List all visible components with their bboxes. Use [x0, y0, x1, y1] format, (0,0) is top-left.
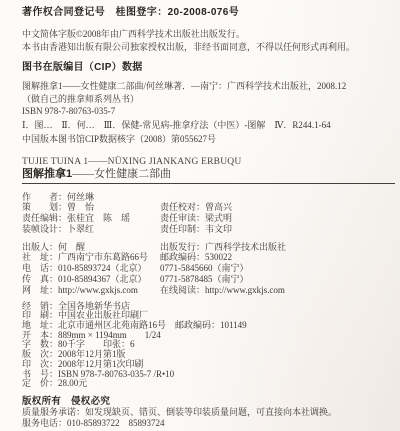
cip-entry: 图解推拿1——女性健康二部曲/何丝琳著．—南宁：广西科学技术出版社，2008.1… — [22, 80, 396, 118]
publisher-right: 0771-5845660（南宁） — [160, 263, 396, 274]
publisher-row: 电 话：010-85893724（北京） 0771-5845660（南宁） — [22, 263, 396, 274]
publisher-left: 出版人：何 醒 — [22, 242, 160, 253]
cip-series-line: （做自己的推拿师系列丛书） — [22, 93, 396, 106]
license-line: 本书由香港知出版有限公司独家授权出版，非经书面同意，不得以任何形式再利用。 — [22, 41, 396, 54]
staff-right — [160, 192, 396, 203]
cip-classification: Ⅰ．图… Ⅱ．何… Ⅲ．保健-常见病-推拿疗法（中医）-图解 Ⅳ．R244.1-… — [22, 120, 396, 132]
staff-left: 装帧设计：卜翠红 — [22, 224, 160, 235]
chinese-title: 图解推拿1——女性健康二部曲 — [22, 168, 396, 181]
registration-line: 著作权合同登记号 桂图登字：20-2008-076号 — [22, 6, 396, 19]
license-block: 中文简体字版©2008年由广西科学技术出版社出版发行。 本书由香港知出版有限公司… — [22, 28, 396, 53]
publisher-block: 出版人：何 醒 出版发行：广西科学技术出版社 社 址：广西南宁市东葛路66号 邮… — [22, 242, 396, 296]
staff-left: 责任编辑：张桂宜 陈 瑶 — [22, 213, 160, 224]
staff-block: 作 者：何丝琳 策 划：曾 怡 责任校对：曾高兴 责任编辑：张桂宜 陈 瑶 责任… — [22, 192, 396, 235]
footer-block: 版权所有 侵权必究 质量服务承诺：如发现缺页、错页、倒装等印装质量问题，可直接向… — [22, 396, 396, 429]
publisher-row: 社 址：广西南宁市东葛路66号 邮政编码：530022 — [22, 252, 396, 263]
publisher-right: 邮政编码：530022 — [160, 252, 396, 263]
rights-notice: 版权所有 侵权必究 — [22, 396, 396, 407]
publisher-row: 传 真：010-85894367（北京） 0771-5878485（南宁） — [22, 274, 396, 285]
cip-record-number: 中国版本图书馆CIP数据核字（2008）第055627号 — [22, 134, 396, 146]
publisher-left: 社 址：广西南宁市东葛路66号 — [22, 252, 160, 263]
pinyin-title: TUJIE TUINA 1——NÜXING JIANKANG ERBUQU — [22, 157, 396, 169]
staff-row: 装帧设计：卜翠红 责任印制：韦文印 — [22, 224, 396, 235]
publisher-left: 电 话：010-85893724（北京） — [22, 263, 160, 274]
copyright-page: 著作权合同登记号 桂图登字：20-2008-076号 中文简体字版©2008年由… — [0, 0, 400, 431]
cip-isbn: ISBN 978-7-80763-035-7 — [22, 105, 396, 118]
staff-right: 责任审读：梁式明 — [160, 213, 396, 224]
staff-right: 责任印制：韦文印 — [160, 224, 396, 235]
staff-right: 责任校对：曾高兴 — [160, 202, 396, 213]
chinese-title-rest: ——女性健康二部曲 — [72, 168, 171, 180]
cip-heading: 图书在版编目（CIP）数据 — [22, 62, 396, 74]
publisher-row: 网 址：http://www.gxkjs.com 在线阅读：http://www… — [22, 285, 396, 296]
printing-row: 定 价：28.00元 — [22, 379, 396, 389]
staff-row: 策 划：曾 怡 责任校对：曾高兴 — [22, 202, 396, 213]
publisher-row: 出版人：何 醒 出版发行：广西科学技术出版社 — [22, 242, 396, 253]
publisher-right: 在线阅读：http://www.gxkjs.com — [160, 285, 396, 296]
publisher-right: 出版发行：广西科学技术出版社 — [160, 242, 396, 253]
staff-row: 作 者：何丝琳 — [22, 192, 396, 203]
staff-row: 责任编辑：张桂宜 陈 瑶 责任审读：梁式明 — [22, 213, 396, 224]
publisher-left: 网 址：http://www.gxkjs.com — [22, 285, 160, 296]
publisher-right: 0771-5878485（南宁） — [160, 274, 396, 285]
title-block: TUJIE TUINA 1——NÜXING JIANKANG ERBUQU 图解… — [22, 157, 396, 184]
service-phone: 服务电话：010-85893722 85893724 — [22, 418, 396, 429]
quality-promise: 质量服务承诺：如发现缺页、错页、倒装等印装质量问题，可直接向本社调换。 — [22, 407, 396, 418]
license-line: 中文简体字版©2008年由广西科学技术出版社出版发行。 — [22, 28, 396, 41]
staff-left: 策 划：曾 怡 — [22, 202, 160, 213]
title-rule-divider — [22, 183, 395, 184]
printing-block: 经 销：全国各地新华书店 印 刷：中国农业出版社印刷厂 地 址：北京市通州区北苑… — [22, 302, 396, 389]
chinese-title-bold: 图解推拿1 — [22, 168, 72, 180]
cip-entry-line: 图解推拿1——女性健康二部曲/何丝琳著．—南宁：广西科学技术出版社，2008.1… — [22, 80, 396, 93]
publisher-left: 传 真：010-85894367（北京） — [22, 274, 160, 285]
staff-left: 作 者：何丝琳 — [22, 192, 160, 203]
